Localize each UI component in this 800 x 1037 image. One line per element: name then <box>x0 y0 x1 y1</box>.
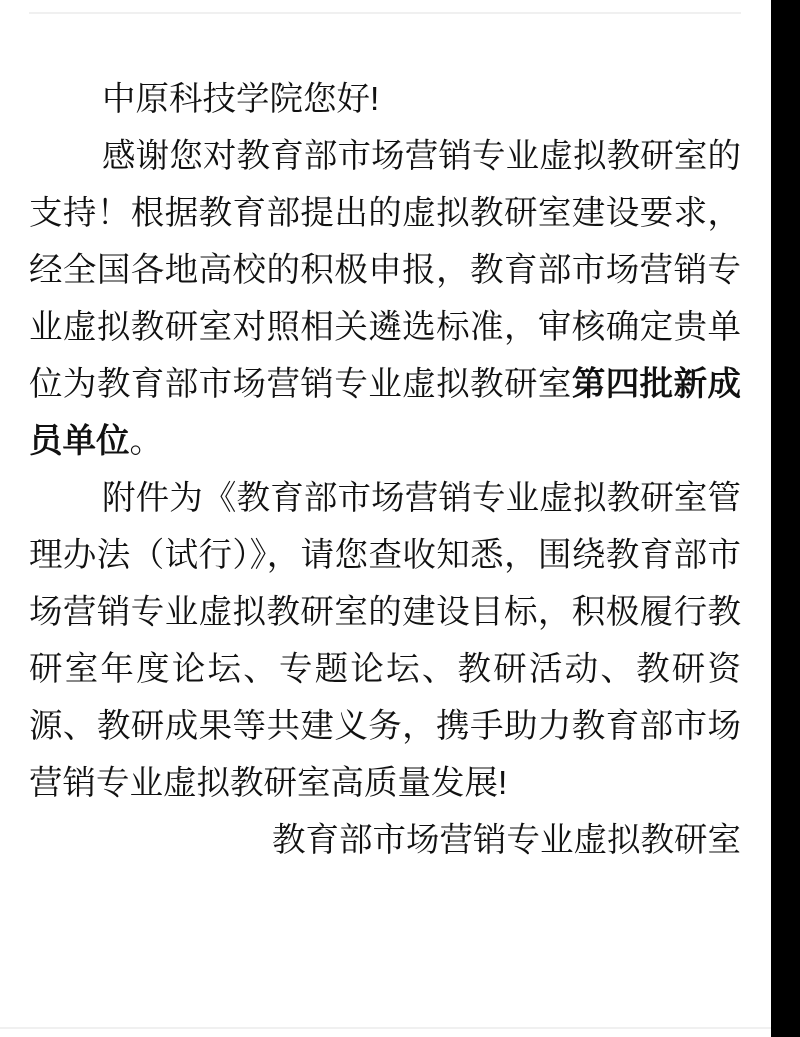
right-black-bar <box>771 0 800 1037</box>
body-paragraph-1: 感谢您对教育部市场营销专业虚拟教研室的支持！根据教育部提出的虚拟教研室建设要求，… <box>29 128 741 470</box>
paragraph-1-text: 感谢您对教育部市场营销专业虚拟教研室的支持！根据教育部提出的虚拟教研室建设要求，… <box>29 138 741 403</box>
greeting-line: 中原科技学院您好! <box>29 71 741 128</box>
paragraph-2-text: 附件为《教育部市场营销专业虚拟教研室管理办法（试行）》，请您查收知悉，围绕教育部… <box>29 480 741 802</box>
signature-text: 教育部市场营销专业虚拟教研室 <box>272 822 741 859</box>
signature-line: 教育部市场营销专业虚拟教研室 <box>29 812 741 869</box>
top-divider <box>29 12 741 14</box>
paragraph-1-period: 。 <box>130 423 164 460</box>
letter-body: 中原科技学院您好! 感谢您对教育部市场营销专业虚拟教研室的支持！根据教育部提出的… <box>29 71 741 869</box>
greeting-text: 中原科技学院您好! <box>102 81 379 118</box>
body-paragraph-2: 附件为《教育部市场营销专业虚拟教研室管理办法（试行）》，请您查收知悉，围绕教育部… <box>29 470 741 812</box>
letter-page: 中原科技学院您好! 感谢您对教育部市场营销专业虚拟教研室的支持！根据教育部提出的… <box>0 0 800 1037</box>
bottom-divider <box>0 1027 771 1029</box>
